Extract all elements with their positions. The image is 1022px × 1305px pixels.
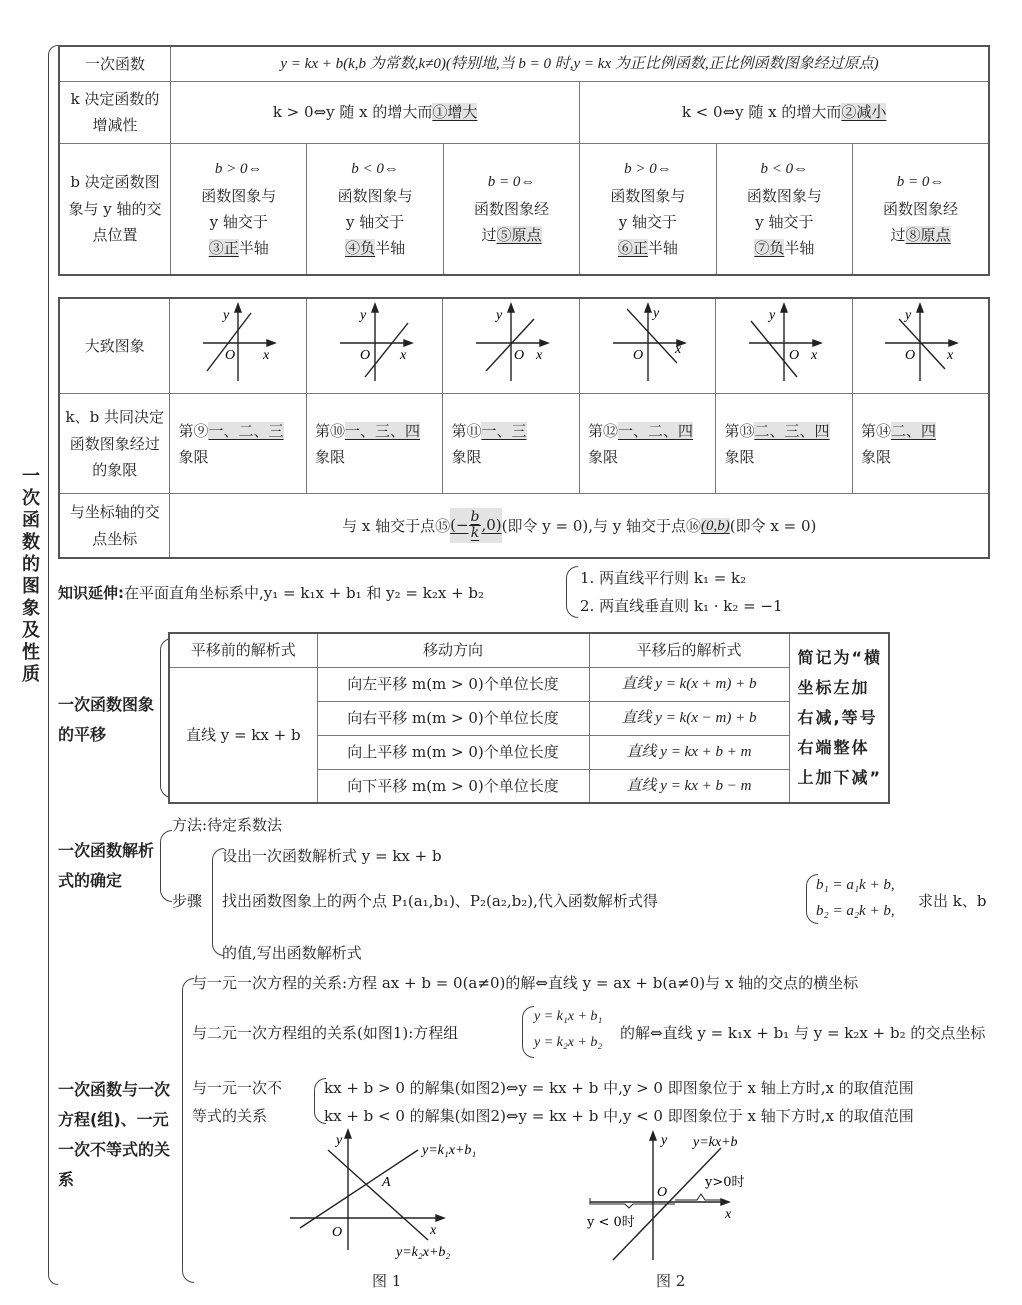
quadrant-cell: 第⑨一、二、三象限 <box>170 394 307 494</box>
relation-2-pre: 与二元一次方程组的关系(如图1):方程组 <box>192 1022 458 1043</box>
graph-k-neg-b-pos-icon: Oxy <box>603 301 693 383</box>
direction: 向上平移 m(m > 0)个单位长度 <box>317 735 589 769</box>
determine-label: 一次函数解析式的确定 <box>58 836 158 896</box>
svg-text:A: A <box>381 1175 391 1190</box>
svg-text:y: y <box>494 308 503 323</box>
b-cell: b = 0⇔函数图象经过⑧原点 <box>853 143 989 275</box>
before-formula: 直线 y = kx + b <box>169 667 317 803</box>
svg-text:y=k₂x+b₂: y=k₂x+b₂ <box>394 1245 450 1260</box>
svg-text:y=k₁x+b₁: y=k₁x+b₁ <box>420 1143 476 1158</box>
direction: 向下平移 m(m > 0)个单位长度 <box>317 769 589 803</box>
row-label: 一次函数 <box>59 46 171 81</box>
svg-text:x: x <box>724 1207 732 1222</box>
relations-label: 一次函数与一次方程(组)、一元一次不等式的关系 <box>58 1075 180 1195</box>
relation-2-post: 的解⇔直线 y = k₁x + b₁ 与 y = k₂x + b₂ 的交点坐标 <box>620 1022 985 1043</box>
relation-3-cases: kx + b > 0 的解集(如图2)⇔y = kx + b 中,y > 0 即… <box>324 1074 914 1130</box>
answer-1: ①增大 <box>432 103 477 121</box>
svg-text:O: O <box>332 1225 342 1240</box>
b-cell: b < 0⇔函数图象与y 轴交于④负半轴 <box>307 143 443 275</box>
quadrant-cell: 第⑭二、四象限 <box>852 394 989 494</box>
graph-k-pos-b-pos-icon: Oxy <box>193 301 283 383</box>
quadrant-cell: 第⑪一、三象限 <box>443 394 580 494</box>
svg-text:y: y <box>903 308 912 323</box>
graph-cell: Oxy <box>306 298 443 394</box>
main-bracket <box>48 45 58 1285</box>
method: 方法:待定系数法 <box>172 814 282 835</box>
b-cell: b = 0⇔函数图象经过⑤原点 <box>443 143 579 275</box>
decrease-text: k < 0⇔y 随 x 的增大而 <box>682 103 842 121</box>
graph-cell: Oxy <box>443 298 580 394</box>
direction: 向右平移 m(m > 0)个单位长度 <box>317 701 589 735</box>
graph-k-pos-b-neg-icon: Oxy <box>330 301 420 383</box>
intercept-cell: 与 x 轴交于点⑮(−bk,0)(即令 y = 0),与 y 轴交于点⑯(0,b… <box>170 494 989 558</box>
svg-text:x: x <box>535 348 543 363</box>
svg-text:x: x <box>946 348 954 363</box>
graph-cell: Oxy <box>716 298 853 394</box>
graph-cell: Oxy <box>170 298 307 394</box>
svg-text:y: y <box>659 1133 668 1148</box>
after-formula: 直线 y = kx + b + m <box>589 735 789 769</box>
graph-cell: Oxy <box>852 298 989 394</box>
svg-text:O: O <box>905 348 915 363</box>
svg-text:O: O <box>225 348 235 363</box>
svg-text:x: x <box>810 348 818 363</box>
b-cell: b > 0⇔函数图象与y 轴交于⑥正半轴 <box>580 143 716 275</box>
header: 平移前的解析式 <box>169 633 317 667</box>
relation-1: 与一元一次方程的关系:方程 ax + b = 0(a≠0)的解⇔直线 y = a… <box>192 972 858 993</box>
quadrant-cell: 第⑩一、三、四象限 <box>306 394 443 494</box>
step-3: 的值,写出函数解析式 <box>222 942 362 963</box>
quadrant-cell: 第⑬二、三、四象限 <box>716 394 853 494</box>
svg-text:O: O <box>657 1185 667 1200</box>
svg-text:y: y <box>767 308 776 323</box>
step-2-tail: 求出 k、b <box>918 890 986 911</box>
properties-table: 一次函数 y = kx + b(k,b 为常数,k≠0)(特别地,当 b = 0… <box>58 45 990 276</box>
after-formula: 直线 y = k(x + m) + b <box>589 667 789 701</box>
step-2: 找出函数图象上的两个点 P₁(a₁,b₁)、P₂(a₂,b₂),代入函数解析式得 <box>222 890 658 911</box>
graph-k-pos-b-zero-icon: Oxy <box>466 301 556 383</box>
graph-k-neg-b-zero-icon: Oxy <box>875 301 965 383</box>
row-label: 大致图象 <box>59 298 170 394</box>
brace <box>160 830 172 902</box>
svg-text:O: O <box>633 348 643 363</box>
side-title: 一次函数的图象及性质 <box>20 466 42 686</box>
graph-k-neg-b-neg-icon: Oxy <box>739 301 829 383</box>
row-label: b 决定函数图象与 y 轴的交点位置 <box>59 143 171 275</box>
mnemonic: 简记为“横坐标左加右减,等号右端整体上加下减” <box>789 633 889 803</box>
svg-text:x: x <box>429 1223 437 1238</box>
svg-text:x: x <box>674 342 682 357</box>
system-equations: y = k₁x + b₁y = k₂x + b₂ <box>534 1004 602 1056</box>
after-formula: 直线 y = kx + b − m <box>589 769 789 803</box>
svg-text:y: y <box>651 306 660 321</box>
svg-text:y: y <box>221 308 230 323</box>
svg-text:x: x <box>399 348 407 363</box>
svg-text:O: O <box>514 348 524 363</box>
header: 平移后的解析式 <box>589 633 789 667</box>
figure-1-graph-icon: O x y A y=k₁x+b₁ y=k₂x+b₂ <box>280 1128 500 1268</box>
figure-2-caption: 图 2 <box>656 1270 685 1291</box>
row-label: k、b 共同决定函数图象经过的象限 <box>59 394 170 494</box>
svg-text:y < 0时: y < 0时 <box>586 1215 635 1230</box>
figure-1-caption: 图 1 <box>372 1270 401 1291</box>
definition-cell: y = kx + b(k,b 为常数,k≠0)(特别地,当 b = 0 时,y … <box>171 46 990 81</box>
relation-3-label: 与一元一次不等式的关系 <box>192 1074 282 1130</box>
direction: 向左平移 m(m > 0)个单位长度 <box>317 667 589 701</box>
brace <box>566 566 578 618</box>
after-formula: 直线 y = k(x − m) + b <box>589 701 789 735</box>
steps-label: 步骤 <box>172 890 202 911</box>
svg-text:y: y <box>358 308 367 323</box>
graph-cell: Oxy <box>579 298 716 394</box>
translation-table: 平移前的解析式移动方向平移后的解析式 简记为“横坐标左加右减,等号右端整体上加下… <box>168 632 890 804</box>
brace <box>522 1006 534 1058</box>
header: 移动方向 <box>317 633 589 667</box>
increase-text: k > 0⇔y 随 x 的增大而 <box>273 103 433 121</box>
row-label: k 决定函数的增减性 <box>59 81 171 143</box>
svg-text:O: O <box>360 348 370 363</box>
extension-cases: 1. 两直线平行则 k₁ = k₂2. 两直线垂直则 k₁ · k₂ = −1 <box>580 564 783 620</box>
b-cell: b > 0⇔函数图象与y 轴交于③正半轴 <box>171 143 307 275</box>
b-cell: b < 0⇔函数图象与y 轴交于⑦负半轴 <box>716 143 852 275</box>
svg-text:O: O <box>789 348 799 363</box>
graphs-table: 大致图象 Oxy Oxy Oxy Oxy Oxy Oxy k、b 共同决定函数图… <box>58 297 990 559</box>
row-label: 与坐标轴的交点坐标 <box>59 494 170 558</box>
svg-text:y=kx+b: y=kx+b <box>691 1135 738 1150</box>
svg-text:y: y <box>334 1133 343 1148</box>
svg-text:y>0时: y>0时 <box>704 1175 745 1190</box>
translation-label: 一次函数图象的平移 <box>58 690 158 750</box>
knowledge-extension: 知识延伸:在平面直角坐标系中,y₁ = k₁x + b₁ 和 y₂ = k₂x … <box>58 582 484 603</box>
quadrant-cell: 第⑫一、二、四象限 <box>579 394 716 494</box>
equations: b₁ = a₁k + b,b₂ = a₂k + b, <box>816 872 895 924</box>
svg-text:x: x <box>262 348 270 363</box>
step-1: 设出一次函数解析式 y = kx + b <box>222 845 442 866</box>
figure-2-graph-icon: O x y y=kx+b y>0时 y < 0时 <box>585 1128 805 1268</box>
answer-2: ②减小 <box>841 103 886 121</box>
